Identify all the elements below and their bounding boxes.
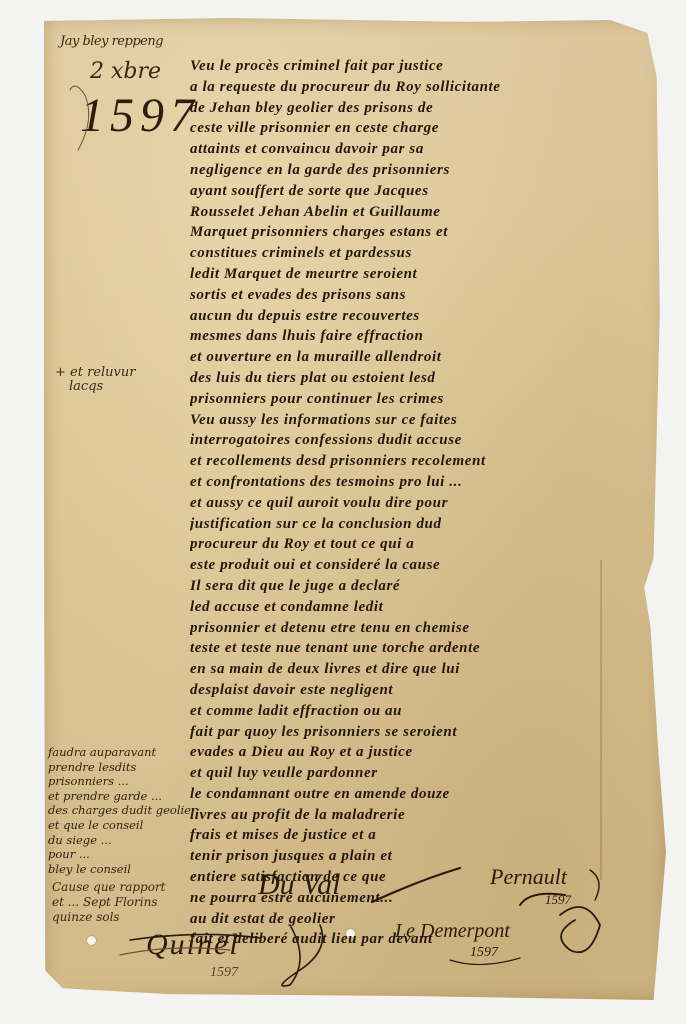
pen-flourishes-icon	[0, 0, 686, 1024]
